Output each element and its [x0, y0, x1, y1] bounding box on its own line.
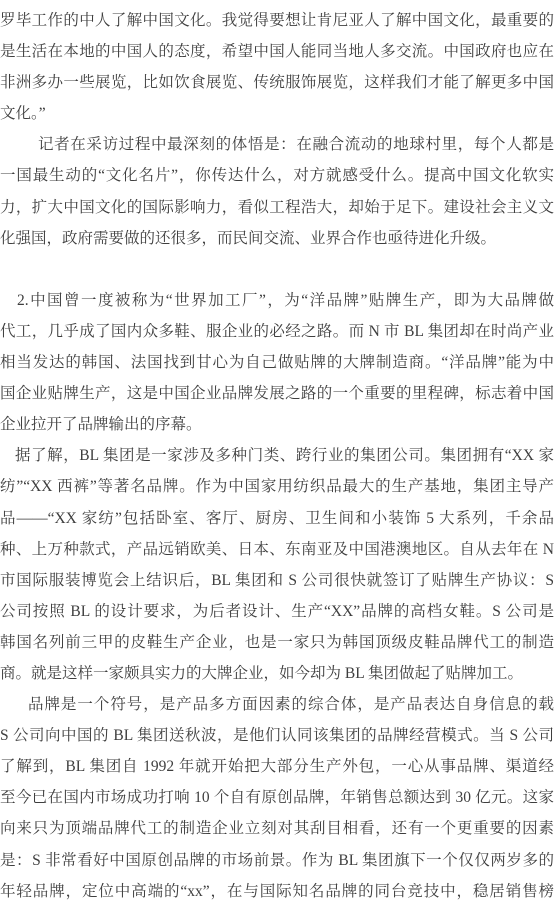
text-line: 向来只为顶端品牌代工的制造企业立刻对其刮目相看，还有一个更重要的因素 [0, 813, 554, 844]
text-line-paragraph-end: 化强国，政府需要做的还很多，而民间交流、业界合作也亟待进化升级。 [0, 223, 554, 254]
text-line: 相当发达的韩国、法国找到甘心为自己做贴牌的大牌制造商。“洋品牌”能为中 [0, 347, 554, 378]
document-page: 罗毕工作的中人了解中国文化。我觉得要想让肯尼亚人了解中国文化，最重要的 是生活在… [0, 0, 554, 905]
text-line-paragraph-start: 记者在采访过程中最深刻的体悟是：在融合流动的地球村里，每个人都是 [0, 129, 554, 160]
text-line-paragraph-start: 据了解，BL 集团是一家涉及多种门类、跨行业的集团公司。集团拥有“XX 家 [0, 440, 554, 471]
text-line: 市国际服装博览会上结识后，BL 集团和 S 公司很快就签订了贴牌生产协议：S [0, 565, 554, 596]
text-line: S 公司向中国的 BL 集团送秋波，是他们认同该集团的品牌经营模式。当 S 公司 [0, 720, 554, 751]
text-line: 代工，几乎成了国内众多鞋、服企业的必经之路。而 N 市 BL 集团却在时尚产业 [0, 316, 554, 347]
text-line: 是：S 非常看好中国原创品牌的市场前景。作为 BL 集团旗下一个仅仅两岁多的 [0, 845, 554, 876]
text-line: 年轻品牌，定位中高端的“xx”，在与国际知名品牌的同台竞技中，稳居销售榜 [0, 876, 554, 905]
blank-line [0, 254, 554, 285]
text-line: 种、上万种款式，产品远销欧美、日本、东南亚及中国港澳地区。自从去年在 N [0, 534, 554, 565]
text-line: 至今已在国内市场成功打响 10 个自有原创品牌，年销售总额达到 30 亿元。这家 [0, 782, 554, 813]
text-line-paragraph-start: 2.中国曾一度被称为“世界加工厂”，为“洋品牌”贴牌生产，即为大品牌做 [0, 285, 554, 316]
text-line: 韩国名列前三甲的皮鞋生产企业，也是一家只为韩国顶级皮鞋品牌代工的制造 [0, 627, 554, 658]
text-line-paragraph-end: 文化。” [0, 98, 554, 129]
text-line: 品——“XX 家纺”包括卧室、客厅、厨房、卫生间和小装饰 5 大系列，千余品 [0, 503, 554, 534]
text-line: 非洲多办一些展览，比如饮食展览、传统服饰展览，这样我们才能了解更多中国 [0, 67, 554, 98]
text-line: 是生活在本地的中国人的态度，希望中国人能同当地人多交流。中国政府也应在 [0, 36, 554, 67]
text-line: 国企业贴牌生产，这是中国企业品牌发展之路的一个重要的里程碑，标志着中国 [0, 378, 554, 409]
text-line: 罗毕工作的中人了解中国文化。我觉得要想让肯尼亚人了解中国文化，最重要的 [0, 5, 554, 36]
text-line: 了解到，BL 集团自 1992 年就开始把大部分生产外包，一心从事品牌、渠道经营… [0, 751, 554, 782]
text-line-paragraph-end: 商。就是这样一家颇具实力的大牌企业，如今却为 BL 集团做起了贴牌加工。 [0, 658, 554, 689]
text-line: 一国最生动的“文化名片”，你传达什么，对方就感受什么。提高中国文化软实 [0, 160, 554, 191]
text-line-paragraph-start: 品牌是一个符号，是产品多方面因素的综合体，是产品表达自身信息的载体。 [0, 689, 554, 720]
text-line: 纺”“XX 西裤”等著名品牌。作为中国家用纺织品最大的生产基地，集团主导产 [0, 471, 554, 502]
text-line-paragraph-end: 企业拉开了品牌输出的序幕。 [0, 409, 554, 440]
text-line: 公司按照 BL 的设计要求，为后者设计、生产“XX”品牌的高档女鞋。S 公司是 [0, 596, 554, 627]
text-line: 力，扩大中国文化的国际影响力，看似工程浩大，却始于足下。建设社会主义文 [0, 192, 554, 223]
